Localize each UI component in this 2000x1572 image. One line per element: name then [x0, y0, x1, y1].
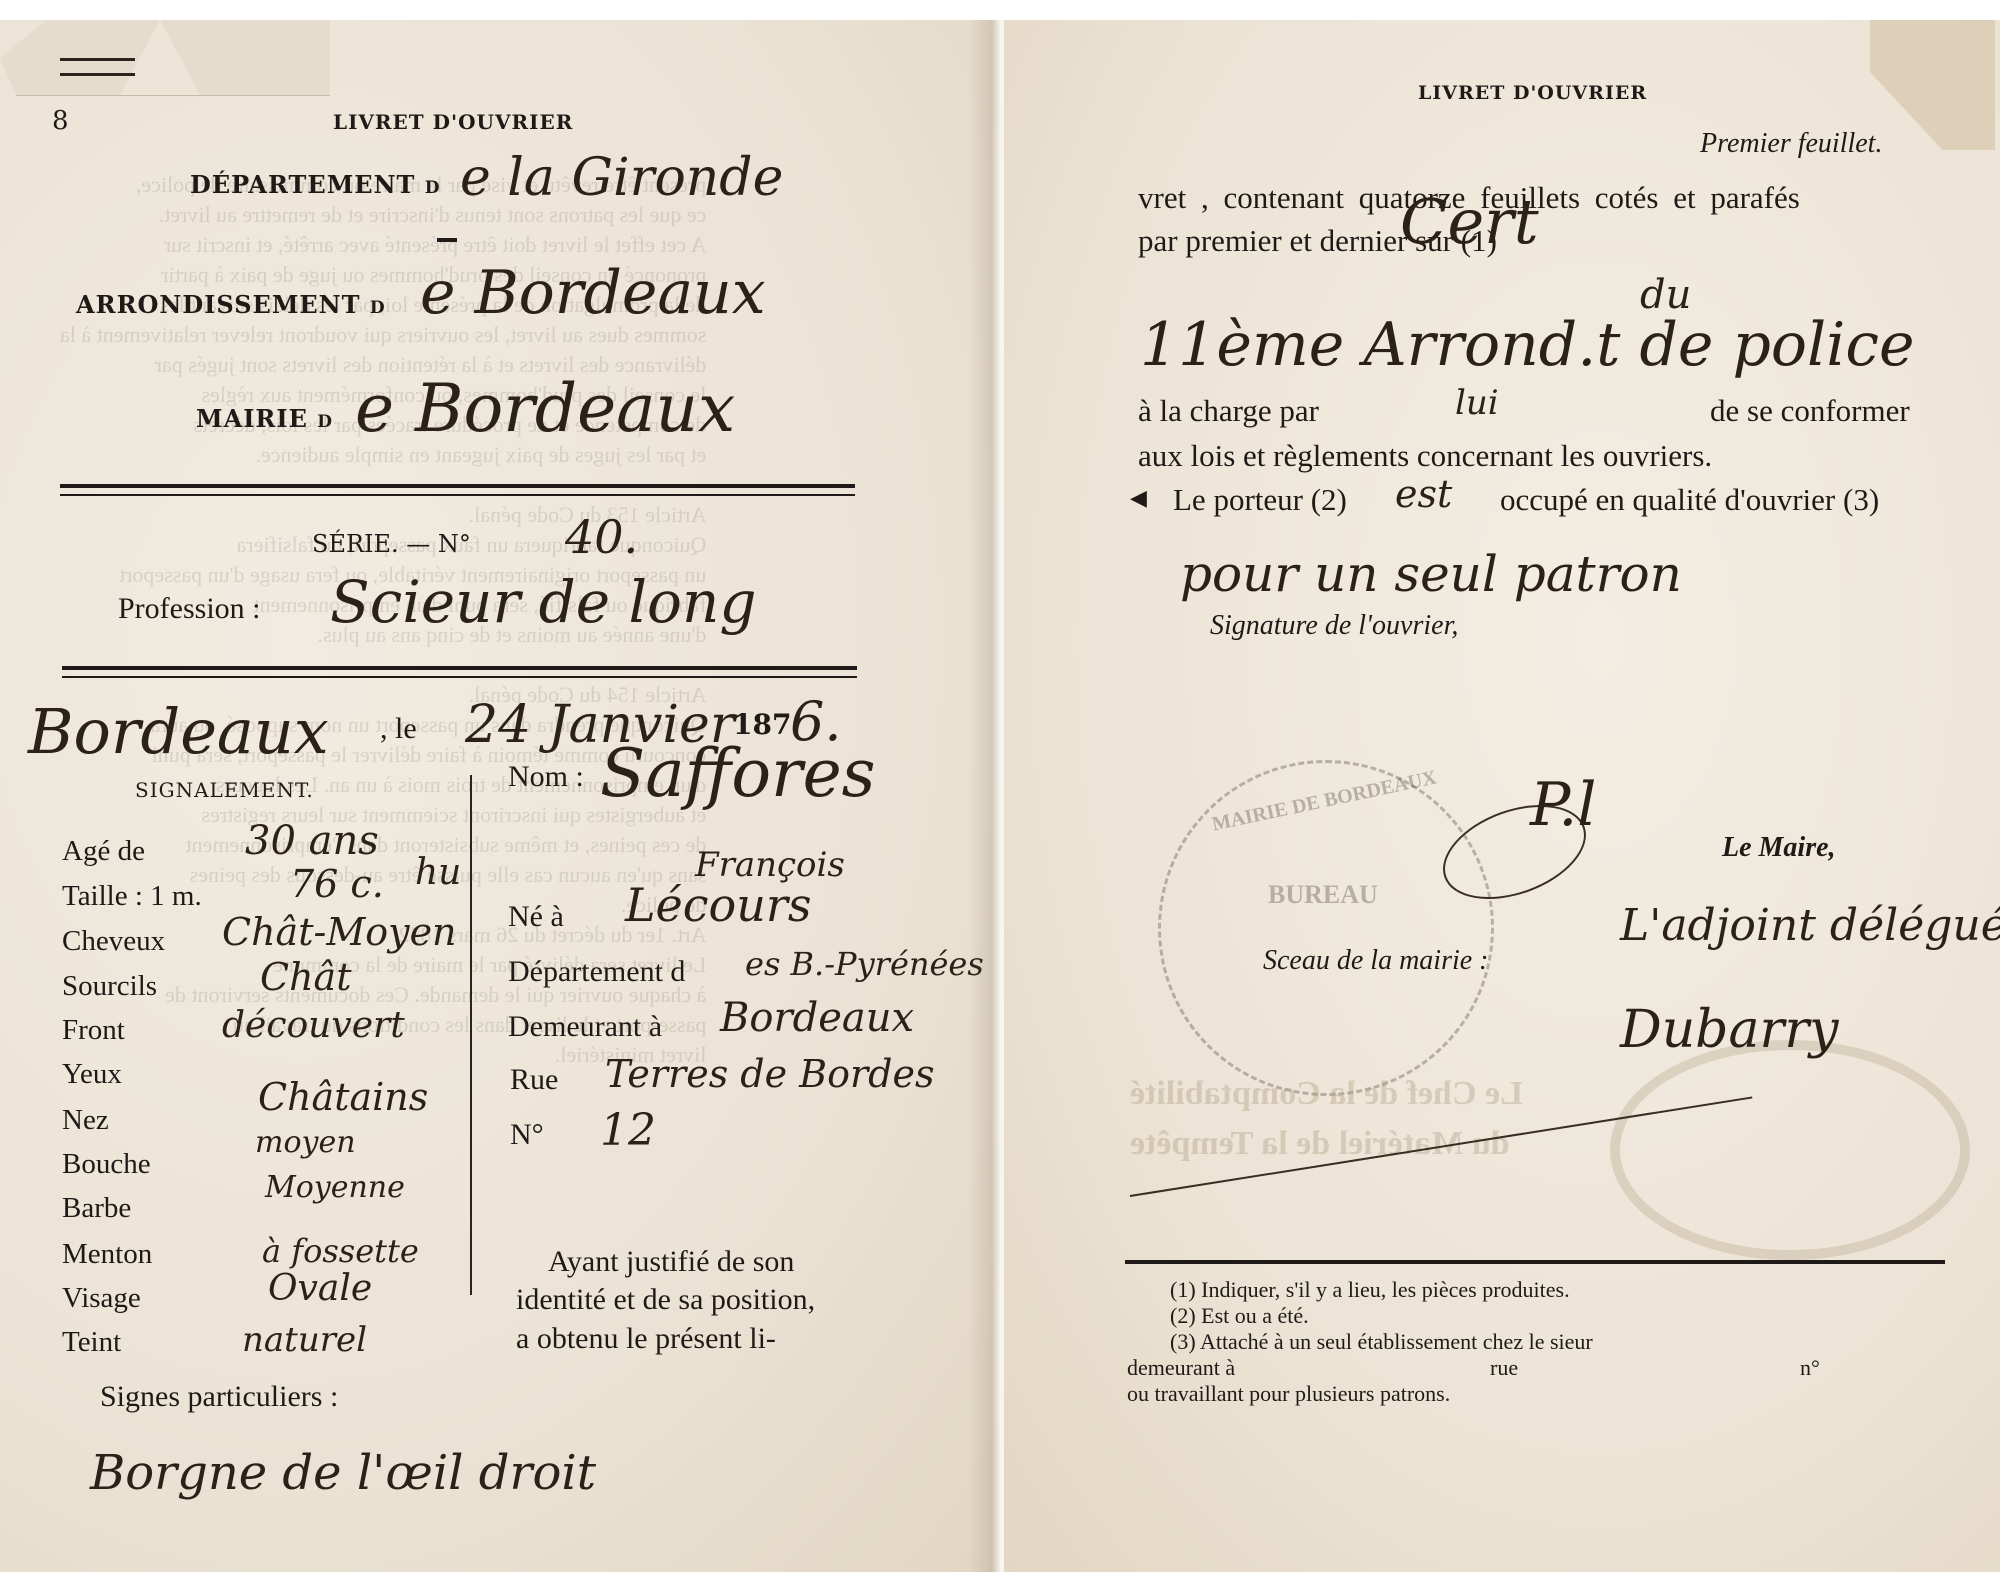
signature-ouvrier-label: Signature de l'ouvrier,	[1210, 610, 1458, 642]
right-page-subheader: Premier feuillet.	[1700, 128, 1882, 160]
justification-line-1: Ayant justifié de son	[548, 1245, 794, 1279]
double-line-mark	[60, 58, 135, 76]
mairie-value: e Bordeaux	[355, 370, 735, 447]
footnote-1: (1) Indiquer, s'il y a lieu, les pièces …	[1170, 1277, 1570, 1303]
body-line-5-end: occupé en qualité d'ouvrier (3)	[1500, 482, 1879, 518]
footnote-2: (2) Est ou a été.	[1170, 1303, 1309, 1329]
numero-value: 12	[600, 1105, 656, 1156]
signalement-heading: SIGNALEMENT.	[135, 778, 314, 802]
footnote-rule	[1125, 1260, 1945, 1264]
justification-line-3: a obtenu le présent li-	[516, 1322, 776, 1356]
departement-value: e la Gironde	[460, 148, 783, 208]
signalement-label: Cheveux	[62, 925, 165, 958]
separator-dash	[437, 238, 457, 242]
body-line-5-start: Le porteur (2)	[1173, 482, 1347, 518]
place-value: Bordeaux	[28, 695, 329, 768]
handwritten-est: est	[1395, 472, 1452, 516]
pointer-mark: ◀	[1130, 485, 1147, 511]
body-line-3-start: à la charge par	[1138, 393, 1319, 429]
double-rule-mid-1	[62, 666, 857, 670]
double-rule-top-1	[60, 484, 855, 488]
serie-label: SÉRIE. — N°	[312, 530, 471, 558]
book-spine	[1000, 20, 1004, 1572]
ne-a-value: Lécours	[625, 878, 811, 932]
nom-label: Nom :	[508, 760, 584, 794]
le-label: , le	[380, 712, 417, 746]
profession-value: Scieur de long	[330, 568, 756, 636]
arrondissement-label: ARRONDISSEMENT d	[76, 290, 386, 319]
signes-particuliers-label: Signes particuliers :	[100, 1380, 338, 1414]
footnote-4-numero: n°	[1800, 1355, 1820, 1381]
mairie-label: MAIRIE d	[196, 404, 333, 433]
signalement-value: à fossette	[262, 1232, 419, 1270]
justification-line-2: identité et de sa position,	[516, 1283, 815, 1317]
numero-label: N°	[510, 1118, 544, 1152]
signalement-label: Front	[62, 1014, 125, 1047]
signalement-value: Chât	[260, 955, 351, 999]
maire-signature-line-1: L'adjoint délégué	[1620, 900, 2000, 951]
faint-oval-stamp	[1610, 1040, 1970, 1260]
signalement-value: Moyenne	[265, 1170, 405, 1205]
signalement-label: Visage	[62, 1282, 141, 1315]
signalement-label: Barbe	[62, 1192, 131, 1225]
footnote-3: (3) Attaché à un seul établissement chez…	[1170, 1329, 1593, 1355]
handwritten-cert: Cert	[1400, 185, 1539, 258]
signalement-divider	[470, 775, 472, 1295]
signalement-value: 76 c.	[290, 862, 384, 906]
signalement-label: Menton	[62, 1238, 152, 1271]
double-rule-top-2	[60, 494, 855, 496]
rue-label: Rue	[510, 1063, 558, 1097]
double-rule-mid-2	[62, 676, 857, 678]
signalement-label: Teint	[62, 1326, 121, 1359]
signalement-label: Taille : 1 m.	[62, 880, 202, 913]
handwritten-arrondissement-police: 11ème Arrond.t de police	[1140, 310, 1914, 380]
footnote-5: ou travaillant pour plusieurs patrons.	[1127, 1381, 1450, 1407]
signalement-label: Bouche	[62, 1148, 151, 1181]
footnote-4-rue: rue	[1490, 1355, 1518, 1381]
signalement-value: Chât-Moyen	[222, 910, 457, 954]
signalement-extra: hu	[415, 852, 461, 893]
signalement-value: découvert	[222, 1005, 405, 1046]
demeurant-value: Bordeaux	[720, 995, 914, 1041]
nom-value: Saffores	[600, 735, 876, 812]
signalement-label: Yeux	[62, 1058, 122, 1091]
signalement-value: Châtains	[258, 1075, 428, 1119]
signalement-value: 30 ans	[245, 818, 379, 864]
signalement-label: Sourcils	[62, 970, 157, 1003]
body-line-4: aux lois et règlements concernant les ou…	[1138, 438, 1712, 474]
signalement-value: naturel	[242, 1320, 367, 1360]
signalement-value: moyen	[255, 1125, 356, 1160]
handwritten-patron: pour un seul patron	[1180, 545, 1682, 603]
departement-naissance-value: es B.-Pyrénées	[745, 945, 984, 983]
departement-naissance-label: Département d	[508, 955, 685, 989]
maire-label: Le Maire,	[1722, 832, 1836, 864]
signalement-label: Agé de	[62, 835, 145, 868]
footnote-4-demeurant: demeurant à	[1127, 1355, 1235, 1381]
signes-particuliers-value: Borgne de l'œil droit	[90, 1445, 596, 1501]
rue-value: Terres de Bordes	[605, 1052, 934, 1096]
maire-initials: P.l	[1530, 770, 1596, 840]
faint-stamp-line-1: Le Chef de la Comptabilité	[1130, 1075, 1523, 1113]
sceau-label: Sceau de la mairie :	[1263, 945, 1489, 977]
profession-label: Profession :	[118, 592, 261, 626]
serie-value: 40.	[565, 510, 638, 564]
left-page-number: 8	[52, 106, 70, 136]
signalement-label: Nez	[62, 1104, 109, 1137]
ne-a-label: Né à	[508, 900, 564, 934]
maire-signature-line-2: Dubarry	[1620, 1000, 1839, 1060]
livret-spread: présent être revêtu et visé par le maire…	[0, 0, 2000, 1572]
signalement-value: Ovale	[268, 1268, 372, 1309]
gutter-shadow	[968, 20, 1002, 1572]
right-page-header: LIVRET D'OUVRIER	[1418, 82, 1647, 104]
arrondissement-value: e Bordeaux	[420, 258, 766, 328]
body-line-3-end: de se conformer	[1710, 393, 1910, 429]
seal-text-center: BUREAU	[1268, 880, 1378, 910]
left-page-header: LIVRET D'OUVRIER	[333, 110, 573, 134]
handwritten-lui: lui	[1455, 383, 1499, 423]
demeurant-label: Demeurant à	[508, 1010, 662, 1044]
departement-label: DÉPARTEMENT d	[190, 170, 440, 199]
